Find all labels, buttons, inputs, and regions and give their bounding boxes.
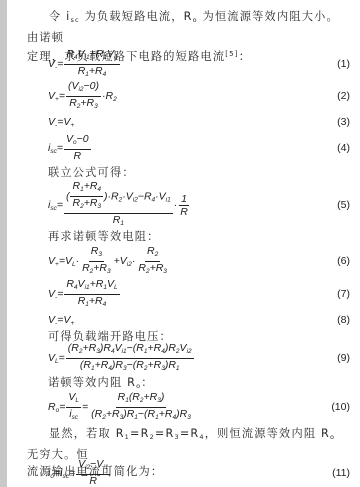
equation-4: isc= Vo−0R (4) [48,134,350,162]
equation-7: V-= R4Vi1+R1VLR1+R4 (7) [48,280,350,308]
equation-10: Ro= VLisc = R1(R2+R3)(R2+R3)R1−(R1+R4)R3… [48,392,350,422]
equation-8: V-=V+ (8) [48,312,350,328]
combine-text: 联立公式可得： [48,164,360,181]
equation-2: V+= (Vi2−0)R2+R3 ·R2 (2) [48,82,350,110]
equation-6: V+=VL· R3R2+R3 +Vi2· R2R2+R3 (6) [48,246,350,276]
norton-resistance-text: 再求诺顿等效电阻： [48,228,360,245]
equation-3: V-=V+ (3) [48,114,350,130]
equation-1: V-= R4Vi1+R1VoR1+R4 (1) [48,50,350,78]
equation-9: VL= (R2+R3)R4Vi1−(R1+R4)R2Vi2(R1+R4)R3−(… [48,344,350,372]
equation-11: io=isc= Vi2−Vi1R (11) [48,460,350,486]
equation-5: isc= (R1+R4R2+R3)·R2·Vi2−R4·Vi1 R1 · 1R … [48,182,350,228]
page-left-border [0,0,7,487]
